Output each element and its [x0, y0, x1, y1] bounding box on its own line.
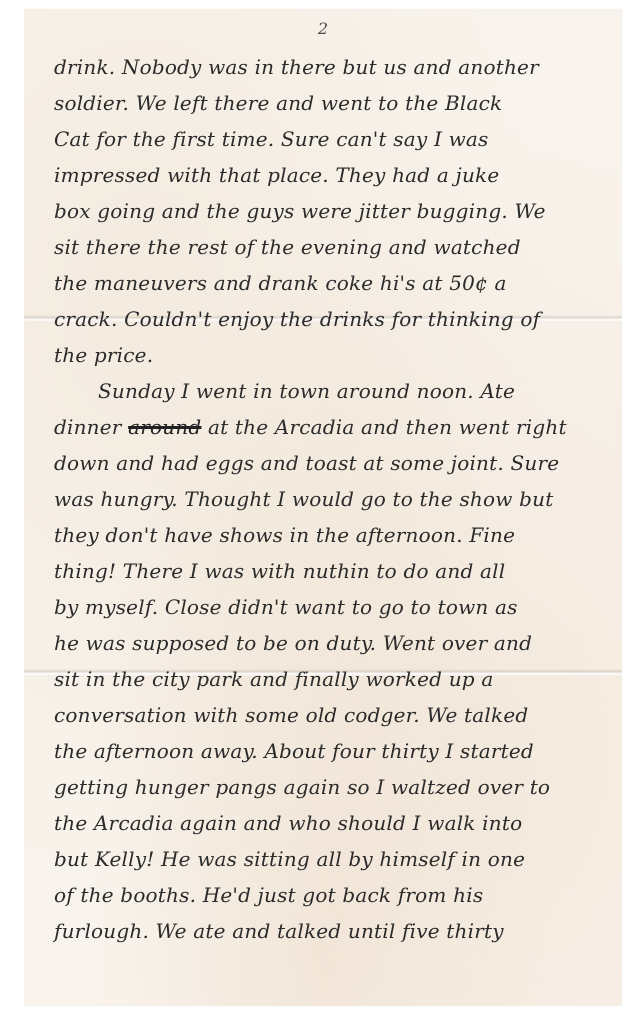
text-line: impressed with that place. They had a ju… [54, 157, 614, 193]
text-line-with-strikethrough: dinner around at the Arcadia and then we… [54, 409, 614, 445]
text-line: but Kelly! He was sitting all by himself… [54, 841, 614, 877]
paragraph-start-line: Sunday I went in town around noon. Ate [54, 373, 614, 409]
text-line: sit there the rest of the evening and wa… [54, 229, 614, 265]
text-line: drink. Nobody was in there but us and an… [54, 49, 614, 85]
text-line: the afternoon away. About four thirty I … [54, 733, 614, 769]
text-line: Cat for the first time. Sure can't say I… [54, 121, 614, 157]
page-number: 2 [24, 19, 622, 38]
text-line: down and had eggs and toast at some join… [54, 445, 614, 481]
text-line: conversation with some old codger. We ta… [54, 697, 614, 733]
text-segment: at the Arcadia and then went right [201, 415, 566, 439]
text-line: the maneuvers and drank coke hi's at 50¢… [54, 265, 614, 301]
text-line: the Arcadia again and who should I walk … [54, 805, 614, 841]
text-line: of the booths. He'd just got back from h… [54, 877, 614, 913]
text-line: getting hunger pangs again so I waltzed … [54, 769, 614, 805]
text-line: by myself. Close didn't want to go to to… [54, 589, 614, 625]
letter-page: 2 drink. Nobody was in there but us and … [24, 9, 622, 1006]
text-line: sit in the city park and finally worked … [54, 661, 614, 697]
text-line: furlough. We ate and talked until five t… [54, 913, 614, 949]
text-line: thing! There I was with nuthin to do and… [54, 553, 614, 589]
text-line: was hungry. Thought I would go to the sh… [54, 481, 614, 517]
text-line: they don't have shows in the afternoon. … [54, 517, 614, 553]
text-line: box going and the guys were jitter buggi… [54, 193, 614, 229]
struck-out-word: around [128, 415, 201, 439]
text-line: soldier. We left there and went to the B… [54, 85, 614, 121]
text-segment: dinner [54, 415, 128, 439]
text-line: he was supposed to be on duty. Went over… [54, 625, 614, 661]
text-line: crack. Couldn't enjoy the drinks for thi… [54, 301, 614, 337]
text-line: the price. [54, 337, 614, 373]
letter-body: drink. Nobody was in there but us and an… [54, 49, 614, 949]
